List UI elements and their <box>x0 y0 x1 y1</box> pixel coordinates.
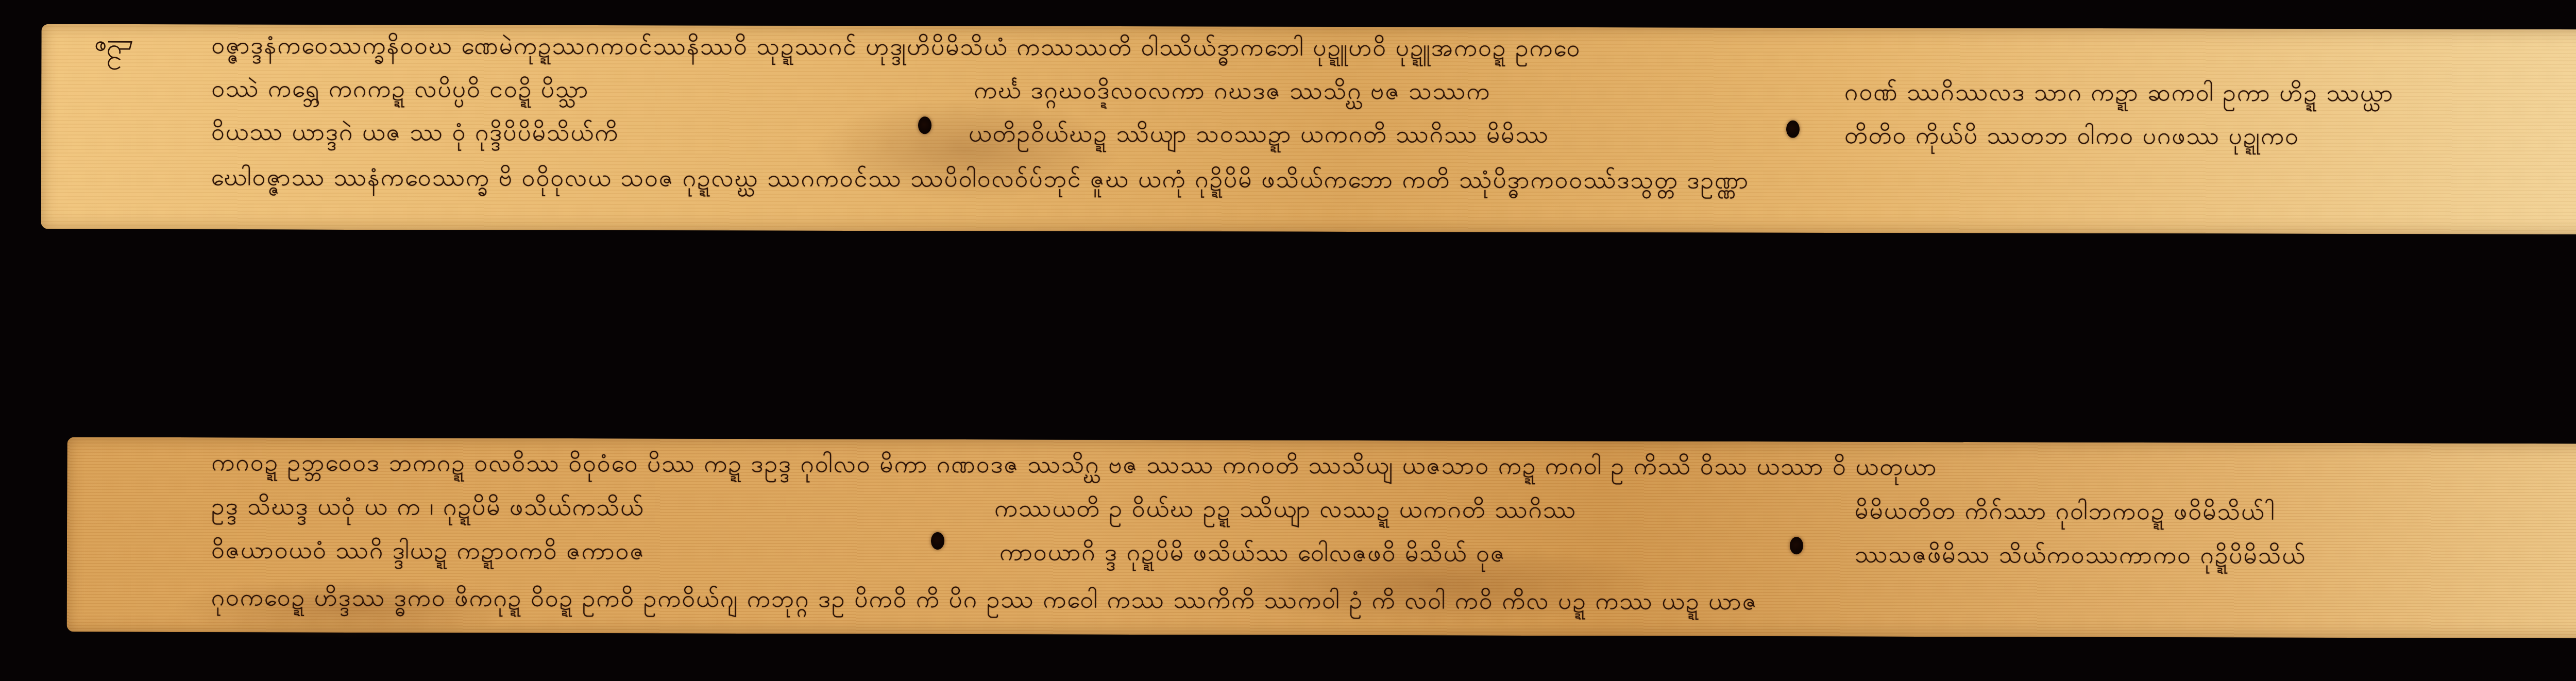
text-line-2-col-3: မိမိယတိတ ကိဂ်ဿာ ဂုဝါဘကဝဍ္ဍ ဖဝိမိသိယ်ါ <box>1855 496 2524 532</box>
text-line-2-col-1: ဝဿဲ ကရ္ဘေ ကဂကဍ္ဍ လပိပ္ပဝိ ငဝဍ္ဍိ ပိသ္သာ <box>211 74 896 110</box>
text-line-3-col-3: တိတိဝ ကိုယ်ပိ ဿတဘ ဝါကဝ ပဂဖဿ ပုဍ္ဍုကဝ <box>1844 121 2566 157</box>
text-line-3-col-3: ဿသဇဖိမိဿ သိယ်ကဝဿကာကဝ ဂုဍ္ဍိပိမိသိယ် <box>1855 540 2524 576</box>
text-line-4: ဂုဝကဝေဍ္ဍ ဟိဒ္ဒဿ ဒ္ဓကဝ ဖိကဂုဍ္ဍ ဝိဝဍ္ဍ ဥ… <box>211 583 2576 623</box>
margin-annotation: ကျီ <box>90 40 131 72</box>
text-line-1: ဝဇ္ဇာဒ္ဒနံကဝေဿက္ခနိဝဝဃ ဏေမဲကုဍ္ဍဿဂကဝင်ဿန… <box>211 30 2576 70</box>
string-hole-left <box>931 532 944 550</box>
palm-leaf-top: ကျီ ဝဇ္ဇာဒ္ဒနံကဝေဿက္ခနိဝဝဃ ဏေမဲကုဍ္ဍဿဂကဝ… <box>41 24 2576 235</box>
text-line-2-col-1: ဥဒ္ဒ သိဃဒ္ဒ ယဝုံ ယ က ၊ ဂုဍ္ဍပိမိ ဖသိယ်ကသ… <box>211 491 881 527</box>
text-line-3-col-2: ယတိဥဝိယ်ဃဍ္ဍ ဿိယျာ သဝဿဍ္ဍာ ယကဂတိ ဿဂိဿ မိ… <box>969 118 1741 155</box>
string-hole-left <box>918 116 931 134</box>
text-line-4: ဃေါဝဇ္ဇာဿ ဿနံကဝေဿက္ခ ဗိ ဝဝိုဝုလယ သဝဇ ဂုဍ… <box>211 162 2576 202</box>
text-line-2-col-2: ကင်္ဃ ဒဂ္ဂဃဝဒ္ဍိလဝလကာ ဂဃဒဇ ဿသိဂ္ဃ ဗဇ သဿက <box>974 75 1747 111</box>
text-line-2-col-2: ကဿယတိ ဥ ဝိယ်ဃ ဥဍ္ဍ ဿိယျာ လဿဍ္ဍ ယကဂတိ ဿဂိ… <box>994 493 1757 530</box>
string-hole-right <box>1786 121 1800 138</box>
text-line-3-col-1: ဝိဇယာဝယဝံ ဿဂိ ဒ္ဒါယဍ္ဍ ကဍ္ဍာဝကဝိ ဇကာဝဇ <box>211 535 881 571</box>
text-line-2-col-3: ဂဝဏ် ဿဂိဿလဒ သာဂ ကဍ္ဍာ ဆကဝါ ဥကာ ဟိဍ္ဍ ဿယ္… <box>1844 77 2514 113</box>
text-line-1: ကဂဝဍ္ဍ ဥဘ္ဘဝေဝဒ ဘကဂဍ္ဍ ဝလဝိဿ ဝိဝုဝံဝေ ပိ… <box>211 448 2576 488</box>
text-line-3-col-2: ကာဝယာဂိ ဒ္ဒ ဂုဍ္ဍပိမိ ဖသိယ်ဿ ဝေါလဇဖဝိ မိ… <box>999 537 1762 574</box>
text-line-3-col-1: ဝိယဿ ယာဒ္ဒဂဲ ယဇ ဿ ဝုံ ဂုဒ္ဒိပိပိမိသိယ်ကိ <box>211 117 896 153</box>
palm-leaf-bottom: ကဂဝဍ္ဍ ဥဘ္ဘဝေဝဒ ဘကဂဍ္ဍ ဝလဝိဿ ဝိဝုဝံဝေ ပိ… <box>67 437 2576 638</box>
string-hole-right <box>1790 537 1803 554</box>
